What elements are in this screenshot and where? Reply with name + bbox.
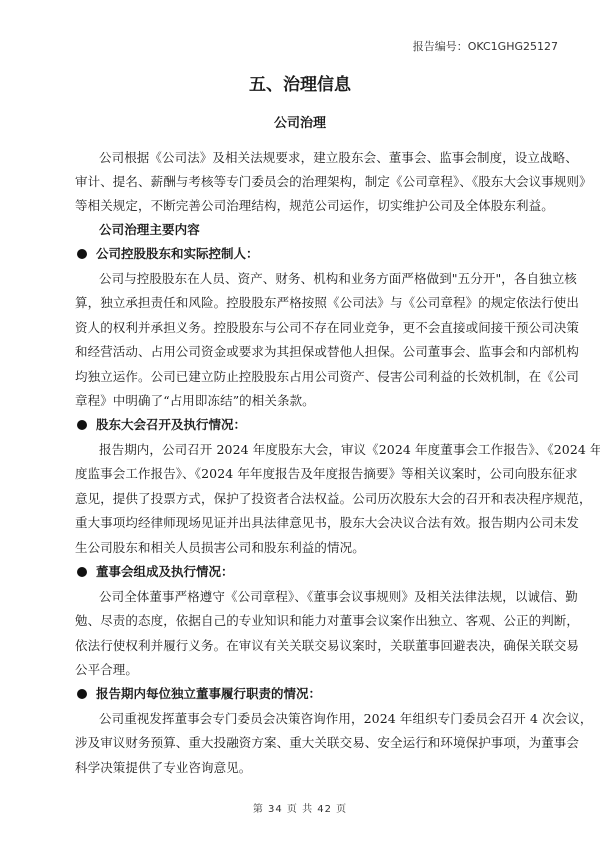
section-title: 五、治理信息 <box>0 70 600 95</box>
subsection-title: 公司治理 <box>0 112 600 131</box>
bullet-icon <box>77 567 87 577</box>
paragraph-line: 资人的权利并承担义务。控股股东与公司不存在同业竞争，更不会直接或间接干预公司决策 <box>75 320 535 336</box>
paragraph-line: 算，独立承担责任和风险。控股股东严格按照《公司法》与《公司章程》的规定依法行使出 <box>75 295 535 311</box>
paragraph-line: 涉及审议财务预算、重大投融资方案、重大关联交易、安全运行和环境保护事项，为董事会 <box>75 735 535 751</box>
paragraph-line: 公司与控股股东在人员、资产、财务、机构和业务方面严格做到"五分开"，各自独立核 <box>99 271 559 287</box>
paragraph-line: 科学决策提供了专业咨询意见。 <box>75 760 535 776</box>
section-heading-text: 股东大会召开及执行情况： <box>96 417 246 432</box>
paragraph-line: 度监事会工作报告》、《2024 年年度报告及年度报告摘要》等相关议案时，公司向股… <box>75 466 535 482</box>
paragraph-line: 生公司股东和相关人员损害公司和股东利益的情况。 <box>75 540 535 556</box>
paragraph-line: 和经营活动、占用公司资金或要求为其担保或替他人担保。公司董事会、监事会和内部机构 <box>75 344 535 360</box>
paragraph-line: 等相关规定，不断完善公司治理结构，规范公司运作，切实维护公司及全体股东利益。 <box>75 198 535 214</box>
bullet-icon <box>77 420 87 430</box>
paragraph-line: 均独立运作。公司已建立防止控股股东占用公司资产、侵害公司利益的长效机制，在《公司 <box>75 369 535 385</box>
main-content-heading: 公司治理主要内容 <box>99 222 559 238</box>
section-heading: 股东大会召开及执行情况： <box>77 417 537 433</box>
section-heading: 董事会组成及执行情况： <box>77 564 537 580</box>
bullet-icon <box>77 689 87 699</box>
paragraph-line: 依法行使权利并履行义务。在审议有关关联交易议案时，关联董事回避表决，确保关联交易 <box>75 638 535 654</box>
paragraph-line: 公司重视发挥董事会专门委员会决策咨询作用，2024 年组织专门委员会召开 4 次… <box>99 711 559 727</box>
paragraph-line: 重大事项均经律师现场见证并出具法律意见书，股东大会决议合法有效。报告期内公司未发 <box>75 515 535 531</box>
paragraph-line: 审计、提名、薪酬与考核等专门委员会的治理架构，制定《公司章程》、《股东大会议事规… <box>75 174 535 190</box>
paragraph-line: 公司根据《公司法》及相关法规要求，建立股东会、董事会、监事会制度，设立战略、 <box>99 150 559 166</box>
paragraph-line: 章程》中明确了“占用即冻结”的相关条款。 <box>75 393 535 409</box>
paragraph-line: 勉、尽责的态度，依据自己的专业知识和能力对董事会议案作出独立、客观、公正的判断， <box>75 613 535 629</box>
page-footer: 第 34 页 共 42 页 <box>0 800 600 815</box>
report-number: 报告编号：OKC1GHG25127 <box>413 38 558 54</box>
bullet-icon <box>77 249 87 259</box>
section-heading-text: 报告期内每位独立董事履行职责的情况： <box>96 686 321 701</box>
section-heading: 报告期内每位独立董事履行职责的情况： <box>77 686 537 702</box>
paragraph-line: 意见，提供了投票方式，保护了投资者合法权益。公司历次股东大会的召开和表决程序规范… <box>75 491 535 507</box>
section-heading-text: 公司控股股东和实际控制人： <box>96 246 259 261</box>
paragraph-line: 公司全体董事严格遵守《公司章程》、《董事会议事规则》及相关法律法规，以诚信、勤 <box>99 589 559 605</box>
section-heading-text: 董事会组成及执行情况： <box>96 564 234 579</box>
paragraph-line: 公平合理。 <box>75 662 535 678</box>
section-heading: 公司控股股东和实际控制人： <box>77 246 537 262</box>
paragraph-line: 报告期内，公司召开 2024 年度股东大会，审议《2024 年度董事会工作报告》… <box>99 442 559 458</box>
